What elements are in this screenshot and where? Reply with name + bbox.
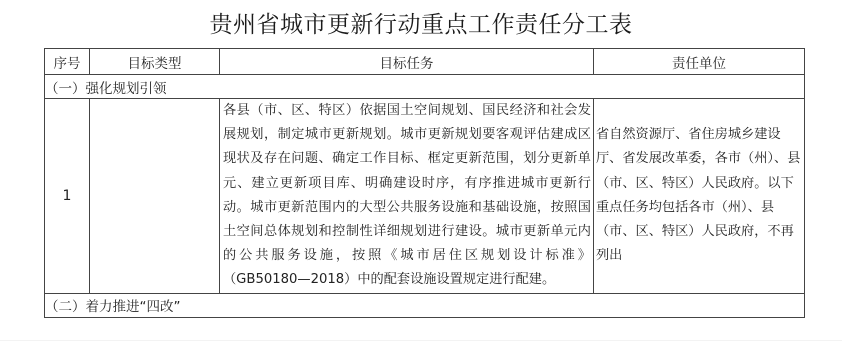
row-target-type: [90, 99, 220, 294]
divider: [0, 340, 842, 341]
row-target-task: 各县（市、区、特区）依据国土空间规划、国民经济和社会发展规划，制定城市更新规划。…: [220, 99, 594, 294]
table-header-row: 序号 目标类型 目标任务 责任单位: [45, 49, 805, 75]
header-target-type: 目标类型: [90, 49, 220, 75]
header-responsible-unit: 责任单位: [594, 49, 805, 75]
section-row: （一）强化规划引领: [45, 75, 805, 99]
row-index: 1: [45, 99, 90, 294]
header-index: 序号: [45, 49, 90, 75]
section-label: （一）强化规划引领: [45, 75, 805, 99]
section-row: （二）着力推进“四改”: [45, 293, 805, 317]
section-label: （二）着力推进“四改”: [45, 293, 805, 317]
document-title: 贵州省城市更新行动重点工作责任分工表: [0, 6, 842, 39]
table-row: 1 各县（市、区、特区）依据国土空间规划、国民经济和社会发展规划，制定城市更新规…: [45, 99, 805, 294]
header-target-task: 目标任务: [220, 49, 594, 75]
responsibility-table: 序号 目标类型 目标任务 责任单位 （一）强化规划引领 1 各县（市、区、特区）…: [44, 48, 805, 318]
row-responsible-units: 省自然资源厅、省住房城乡建设厅、省发展改革委，各市（州）、县（市、区、特区）人民…: [594, 99, 805, 294]
